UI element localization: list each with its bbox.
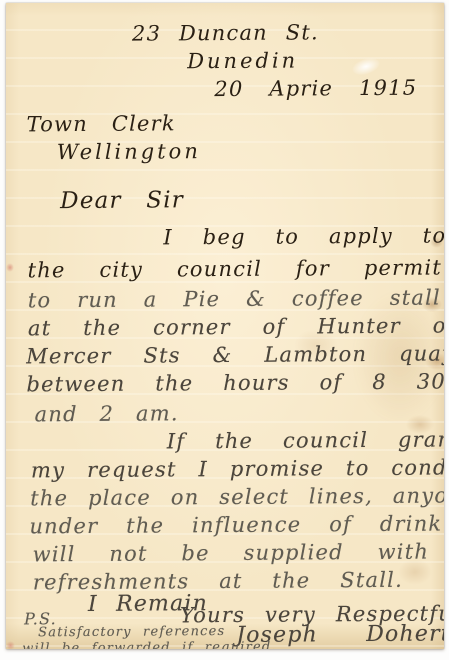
- letter-line-5: Wellington: [57, 139, 201, 164]
- letter-line-text: Mercer Sts & Lambton quay,: [26, 341, 444, 368]
- letter-line-text: under the influence of drink: [29, 511, 442, 538]
- letter-line-text: between the hours of 8 30: [26, 369, 444, 396]
- letter-line-25: will be forwarded if required.: [22, 641, 277, 649]
- letter-line-text: will be forwarded if required.: [22, 640, 277, 649]
- letter-line-3: 20 Aprie 1915: [214, 76, 417, 102]
- letter-line-2: Dunedin: [187, 48, 298, 73]
- letter-line-text: I Remain: [88, 591, 208, 617]
- letter-line-text: Satisfactory references: [38, 624, 225, 640]
- letter-line-13: and 2 am.: [35, 401, 179, 426]
- letter-line-22: P.S.: [24, 610, 57, 629]
- letter-line-12: between the hours of 8 30p.m.: [26, 369, 444, 396]
- letter-line-9: to run a Pie & coffee stall: [28, 285, 441, 312]
- letter-scan: 23 Duncan St.Dunedin20 Aprie 1915Town Cl…: [0, 0, 449, 660]
- letter-line-16: the place on select lines, anyone: [30, 483, 444, 510]
- letter-line-text: the city council for permit: [28, 255, 443, 282]
- letter-line-text: Joseph Doherty: [236, 621, 444, 648]
- letter-line-21: Yours very Respectfully: [180, 601, 444, 627]
- letter-line-text: will not be supplied with: [33, 540, 430, 567]
- letter-line-4: Town Clerk: [27, 111, 176, 136]
- letter-line-6: Dear Sir: [60, 187, 184, 214]
- letter-line-24: Joseph Doherty: [236, 621, 444, 648]
- letter-line-text: to run a Pie & coffee stall: [28, 285, 441, 312]
- letter-line-text: at the corner of Hunter or: [28, 313, 444, 340]
- letter-paper: 23 Duncan St.Dunedin20 Aprie 1915Town Cl…: [6, 3, 444, 649]
- letter-line-text: If the council grant: [167, 427, 444, 453]
- letter-line-text: I beg to apply to: [163, 223, 444, 249]
- letter-line-17: under the influence of drink: [29, 511, 442, 538]
- letter-line-text: Yours very Respectfully: [180, 601, 444, 627]
- letter-line-text: the place on select lines, anyone: [30, 483, 444, 510]
- letter-line-text: 20 Aprie 1915: [214, 76, 417, 101]
- letter-line-20: I Remain: [88, 591, 208, 617]
- letter-line-text: refreshments at the Stall.: [33, 568, 403, 595]
- letter-line-11: Mercer Sts & Lambton quay,: [26, 341, 444, 368]
- letter-line-14: If the council grant: [167, 427, 444, 453]
- letter-line-text: and 2 am.: [35, 401, 179, 426]
- letter-line-1: 23 Duncan St.: [132, 20, 319, 45]
- letter-line-text: Wellington: [57, 139, 201, 164]
- letter-line-text: Town Clerk: [27, 111, 176, 136]
- letter-line-text: 23 Duncan St.: [132, 20, 319, 45]
- letter-line-text: P.S.: [24, 609, 57, 628]
- letter-line-7: I beg to apply to: [163, 223, 444, 249]
- letter-line-18: will not be supplied with: [33, 540, 430, 567]
- letter-line-8: the city council for permit: [28, 255, 443, 282]
- letter-line-23: Satisfactory references: [38, 625, 225, 641]
- letter-line-text: my request I promise to conduct: [31, 455, 444, 482]
- letter-line-15: my request I promise to conduct: [31, 455, 444, 482]
- letter-line-10: at the corner of Hunter or: [28, 313, 444, 340]
- letter-line-text: Dunedin: [187, 48, 298, 73]
- handwriting-layer: 23 Duncan St.Dunedin20 Aprie 1915Town Cl…: [6, 3, 444, 649]
- letter-line-text: Dear Sir: [60, 187, 184, 214]
- letter-line-19: refreshments at the Stall.: [33, 568, 403, 595]
